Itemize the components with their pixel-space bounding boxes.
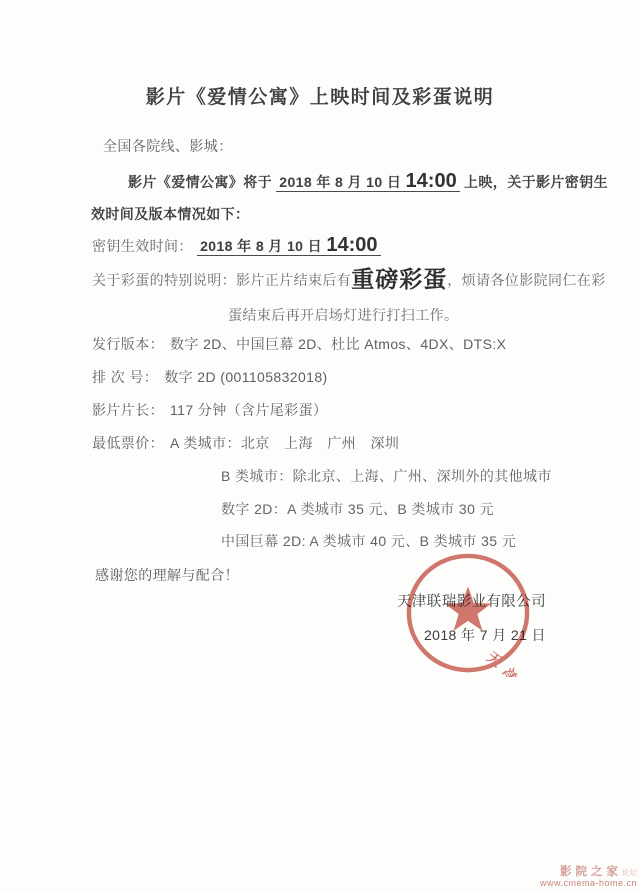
price-line-b-cities: B 类城市：除北京、上海、广州、深圳外的其他城市 <box>221 466 552 486</box>
field-value: 117 分钟（含片尾彩蛋） <box>170 402 327 418</box>
field-label: 排 次 号： <box>92 369 158 385</box>
key-date: 2018 年 8 月 10 日 <box>200 238 322 254</box>
field-runtime: 影片片长：117 分钟（含片尾彩蛋） <box>92 400 327 420</box>
key-effective-line: 密钥生效时间： 2018 年 8 月 10 日 14:00 <box>92 235 381 256</box>
salutation-line: 全国各院线、影城： <box>103 136 233 156</box>
key-datetime-underlined: 2018 年 8 月 10 日 14:00 <box>197 238 380 256</box>
document-title: 影片《爱情公寓》上映时间及彩蛋说明 <box>0 82 640 109</box>
egg-note-line-2: 蛋结束后再开启场灯进行打扫工作。 <box>228 305 458 325</box>
field-serial-number: 排 次 号：数字 2D (001105832018) <box>92 367 328 387</box>
field-release-versions: 发行版本：数字 2D、中国巨幕 2D、杜比 Atmos、4DX、DTS:X <box>92 334 506 354</box>
field-value: A 类城市：北京 上海 广州 深圳 <box>170 435 399 451</box>
egg-note-line-1: 关于彩蛋的特别说明：影片正片结束后有重磅彩蛋，烦请各位影院同仁在彩 <box>92 269 606 290</box>
thanks-line: 感谢您的理解与配合！ <box>95 565 239 585</box>
release-time: 14:00 <box>406 170 457 192</box>
watermark-forum-label: 论坛 <box>622 868 637 877</box>
official-seal-stamp: 天津联瑞影业有限公司 <box>404 551 532 677</box>
field-label: 最低票价： <box>92 435 164 451</box>
star-icon <box>445 586 492 631</box>
key-effective-label: 密钥生效时间： <box>92 238 193 254</box>
intro-line-2: 效时间及版本情况如下： <box>91 204 249 224</box>
document-page: 影片《爱情公寓》上映时间及彩蛋说明 全国各院线、影城： 影片《爱情公寓》将于 2… <box>0 0 640 893</box>
field-value: 数字 2D (001105832018) <box>164 369 327 385</box>
key-time: 14:00 <box>326 234 377 256</box>
release-datetime-underlined: 2018 年 8 月 10 日 14:00 <box>276 174 459 192</box>
field-minimum-price: 最低票价：A 类城市：北京 上海 广州 深圳 <box>92 433 399 453</box>
field-label: 发行版本： <box>92 336 164 352</box>
egg-tail: ，烦请各位影院同仁在彩 <box>447 272 605 288</box>
price-line-cgs-2d: 中国巨幕 2D: A 类城市 40 元、B 类城市 35 元 <box>221 531 516 551</box>
egg-highlight: 重磅彩蛋 <box>351 266 447 292</box>
intro-lead: 影片《爱情公寓》将于 <box>128 174 272 190</box>
field-value: 数字 2D、中国巨幕 2D、杜比 Atmos、4DX、DTS:X <box>170 336 506 352</box>
watermark-url: www.cinema-home.cn <box>540 878 637 889</box>
watermark-site-name: 影院之家 <box>560 866 622 878</box>
field-label: 影片片长： <box>92 402 164 418</box>
intro-line-1: 影片《爱情公寓》将于 2018 年 8 月 10 日 14:00 上映，关于影片… <box>128 171 608 192</box>
egg-lead: 关于彩蛋的特别说明：影片正片结束后有 <box>92 272 351 288</box>
intro-tail: 上映，关于影片密钥生 <box>464 174 608 190</box>
price-line-digital-2d: 数字 2D：A 类城市 35 元、B 类城市 30 元 <box>221 499 494 519</box>
site-watermark: 影院之家论坛 www.cinema-home.cn <box>540 865 637 889</box>
release-date: 2018 年 8 月 10 日 <box>279 174 401 190</box>
